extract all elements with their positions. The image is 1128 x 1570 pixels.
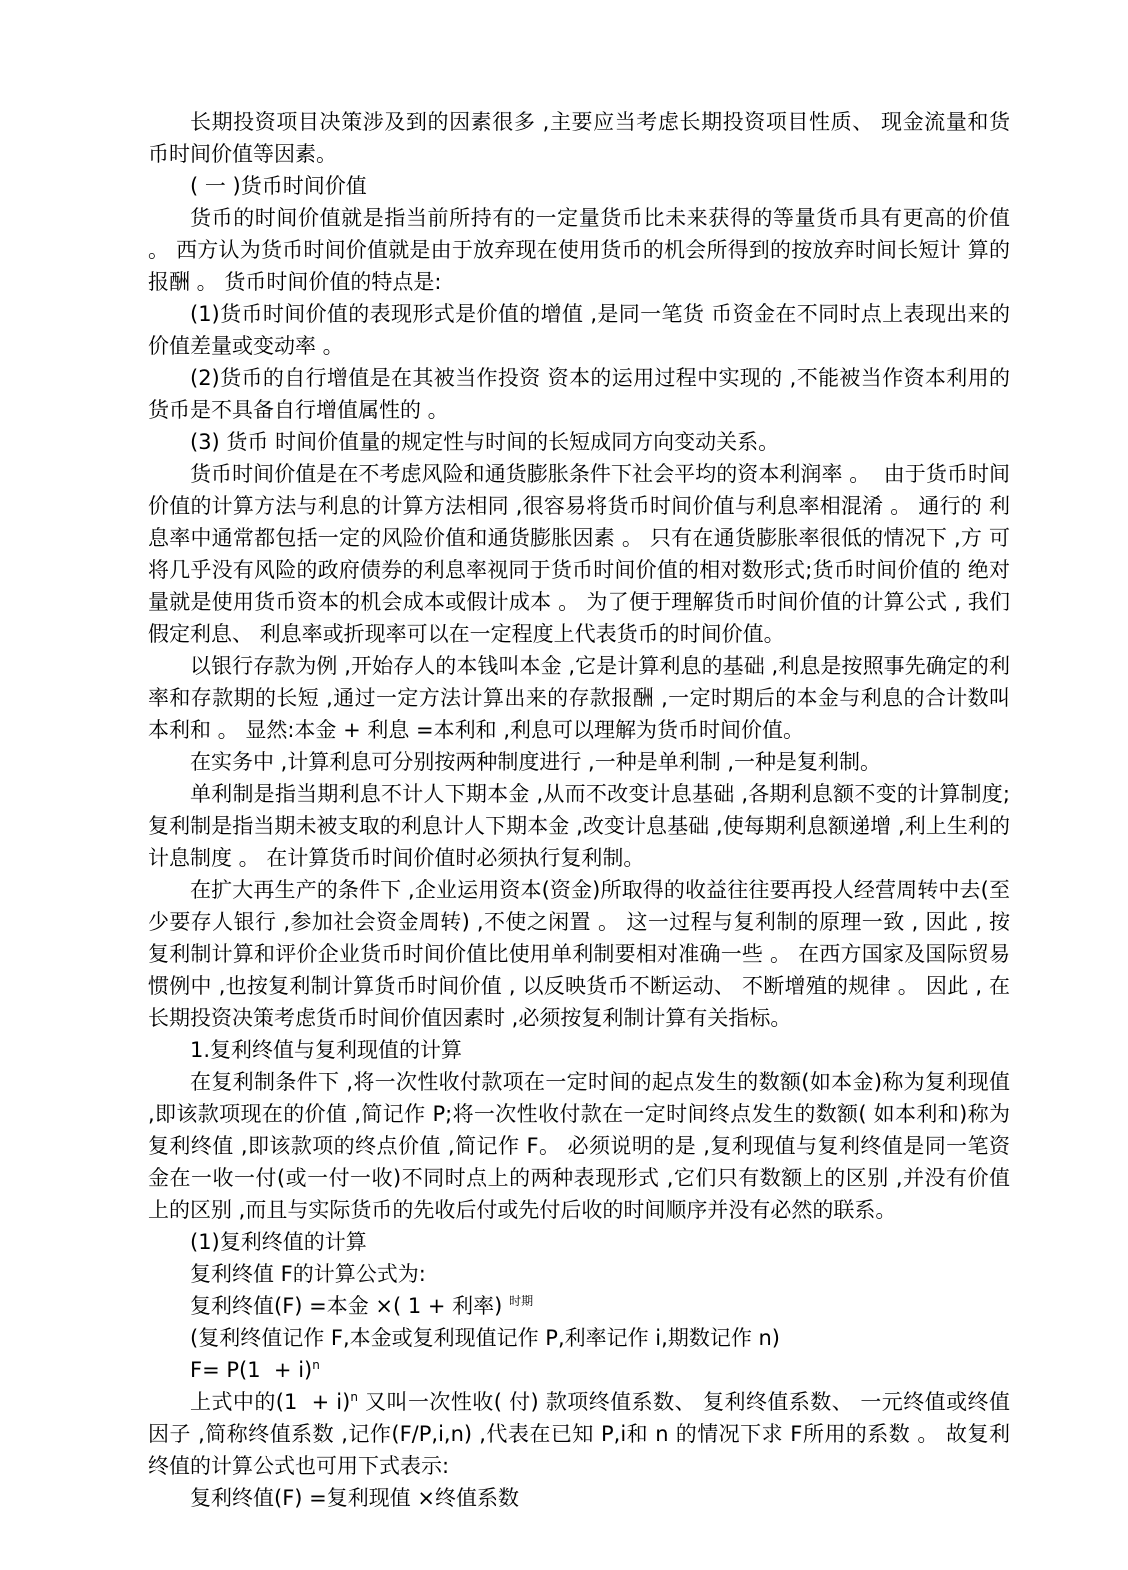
- text-run: 复利终值(F) =本金 ×( 1 + 利率): [190, 1294, 509, 1318]
- para-feature-2: (2)货币的自行增值是在其被当作投资 资本的运用过程中实现的 ,不能被当作资本利…: [148, 362, 1010, 426]
- exponent-superscript: n: [312, 1358, 320, 1372]
- para-expanded-reproduction: 在扩大再生产的条件下 ,企业运用资本(资金)所取得的收益往往要再投人经营周转中去…: [148, 874, 1010, 1034]
- text-run: 以银行存款为例 ,开始存人的本钱叫本金 ,它是计算利息的基础 ,利息是按照事先确…: [148, 654, 1010, 742]
- para-notation: (复利终值记作 F,本金或复利现值记作 P,利率记作 i,期数记作 n): [148, 1322, 1010, 1354]
- text-run: (2)货币的自行增值是在其被当作投资 资本的运用过程中实现的 ,不能被当作资本利…: [148, 366, 1010, 422]
- heading-money-time-value: ( 一 )货币时间价值: [148, 170, 1010, 202]
- text-run: 在实务中 ,计算利息可分别按两种制度进行 ,一种是单利制 ,一种是复利制。: [190, 750, 881, 774]
- exponent-superscript: 时期: [509, 1294, 533, 1308]
- text-run: 在复利制条件下 ,将一次性收付款项在一定时间的起点发生的数额(如本金)称为复利现…: [148, 1070, 1010, 1222]
- text-run: 复利终值 F的计算公式为:: [190, 1262, 426, 1286]
- text-run: 在扩大再生产的条件下 ,企业运用资本(资金)所取得的收益往往要再投人经营周转中去…: [148, 878, 1010, 1030]
- text-run: 单利制是指当期利息不计人下期本金 ,从而不改变计息基础 ,各期利息额不变的计算制…: [148, 782, 1010, 870]
- para-feature-1: (1)货币时间价值的表现形式是价值的增值 ,是同一笔货 币资金在不同时点上表现出…: [148, 298, 1010, 362]
- text-run: 1.复利终值与复利现值的计算: [190, 1038, 462, 1062]
- formula-final-value-coefficient: 复利终值(F) =复利现值 ×终值系数: [148, 1482, 1010, 1514]
- text-run: (1)货币时间价值的表现形式是价值的增值 ,是同一笔货 币资金在不同时点上表现出…: [148, 302, 1010, 358]
- text-run: 货币的时间价值就是指当前所持有的一定量货币比未来获得的等量货币具有更高的价值 。…: [148, 206, 1010, 294]
- text-run: (1)复利终值的计算: [190, 1230, 367, 1254]
- formula-f-equals-p: F= P(1 + i)n: [148, 1354, 1010, 1386]
- para-two-interest-systems: 在实务中 ,计算利息可分别按两种制度进行 ,一种是单利制 ,一种是复利制。: [148, 746, 1010, 778]
- text-run: 长期投资项目决策涉及到的因素很多 ,主要应当考虑长期投资项目性质、 现金流量和货…: [148, 110, 1010, 166]
- formula-compound-final-value: 复利终值(F) =本金 ×( 1 + 利率) 时期: [148, 1290, 1010, 1322]
- para-formula-intro: 复利终值 F的计算公式为:: [148, 1258, 1010, 1290]
- heading-final-value-calculation: (1)复利终值的计算: [148, 1226, 1010, 1258]
- text-run: F= P(1 + i): [190, 1358, 312, 1382]
- text-run: 货币时间价值是在不考虑风险和通货膨胀条件下社会平均的资本利润率 。 由于货币时间…: [148, 462, 1010, 646]
- document-body: 长期投资项目决策涉及到的因素很多 ,主要应当考虑长期投资项目性质、 现金流量和货…: [148, 106, 1010, 1514]
- text-run: 复利终值(F) =复利现值 ×终值系数: [190, 1486, 519, 1510]
- para-bank-deposit-example: 以银行存款为例 ,开始存人的本钱叫本金 ,它是计算利息的基础 ,利息是按照事先确…: [148, 650, 1010, 746]
- text-run: (复利终值记作 F,本金或复利现值记作 P,利率记作 i,期数记作 n): [190, 1326, 780, 1350]
- para-capital-profit-rate: 货币时间价值是在不考虑风险和通货膨胀条件下社会平均的资本利润率 。 由于货币时间…: [148, 458, 1010, 650]
- para-simple-vs-compound: 单利制是指当期利息不计人下期本金 ,从而不改变计息基础 ,各期利息额不变的计算制…: [148, 778, 1010, 874]
- document-page: 长期投资项目决策涉及到的因素很多 ,主要应当考虑长期投资项目性质、 现金流量和货…: [0, 0, 1128, 1570]
- text-run: ( 一 )货币时间价值: [190, 174, 367, 198]
- exponent-superscript: n: [350, 1390, 358, 1404]
- para-compound-definition: 在复利制条件下 ,将一次性收付款项在一定时间的起点发生的数额(如本金)称为复利现…: [148, 1066, 1010, 1226]
- para-intro: 长期投资项目决策涉及到的因素很多 ,主要应当考虑长期投资项目性质、 现金流量和货…: [148, 106, 1010, 170]
- text-run: (3) 货币 时间价值量的规定性与时间的长短成同方向变动关系。: [190, 430, 779, 454]
- heading-compound-final-present-value: 1.复利终值与复利现值的计算: [148, 1034, 1010, 1066]
- para-time-value-definition: 货币的时间价值就是指当前所持有的一定量货币比未来获得的等量货币具有更高的价值 。…: [148, 202, 1010, 298]
- text-run: 上式中的(1 + i): [190, 1390, 350, 1414]
- para-feature-3: (3) 货币 时间价值量的规定性与时间的长短成同方向变动关系。: [148, 426, 1010, 458]
- para-coefficient-explanation: 上式中的(1 + i)n 又叫一次性收( 付) 款项终值系数、 复利终值系数、 …: [148, 1386, 1010, 1482]
